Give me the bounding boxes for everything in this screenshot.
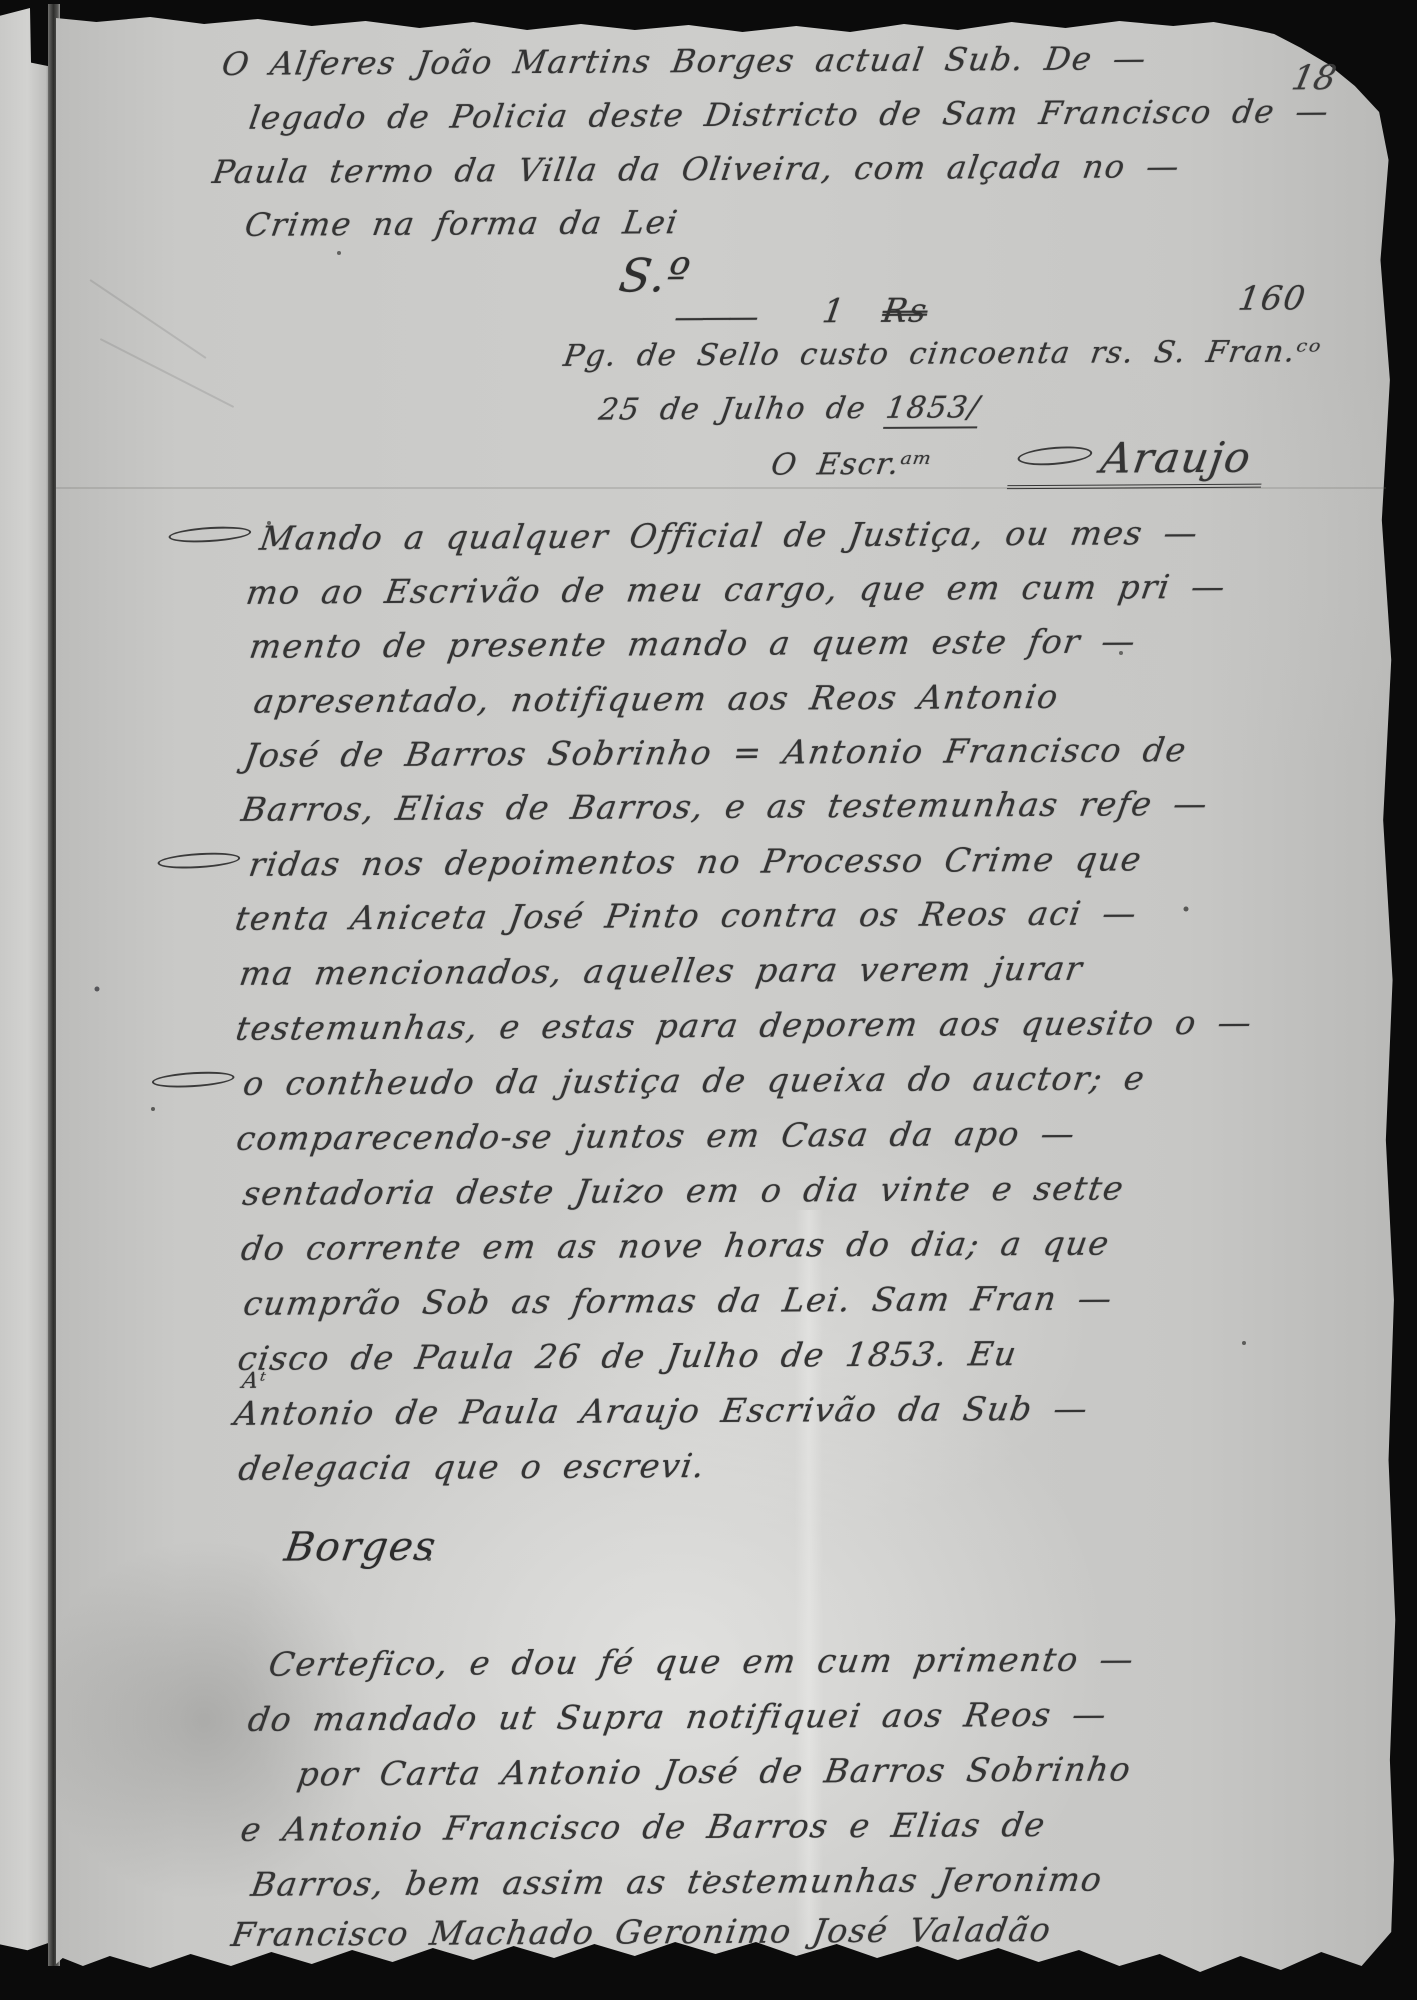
manuscript-line: Antonio de Paula Araujo Escrivão da Sub … (232, 1389, 1092, 1433)
manuscript-line: cumprão Sob as formas da Lei. Sam Fran — (241, 1279, 1116, 1323)
manuscript-line: ridas nos depoimentos no Processo Crime … (154, 839, 1145, 884)
manuscript-line: Francisco Machado Geronimo José Valadão (229, 1910, 1055, 1954)
manuscript-line: O Alferes João Martins Borges actual Sub… (219, 39, 1149, 83)
manuscript-line: sentadoria deste Juizo em o dia vinte e … (240, 1168, 1127, 1212)
stamp-dash: ——— (672, 300, 758, 336)
handwriting-layer: 18 O Alferes João Martins Borges actual … (0, 0, 1417, 2000)
stamp-fee-currency: Rs (880, 291, 931, 330)
interline-insertion: Aᵗ (240, 1369, 268, 1394)
stamp-section-mark: S.º (616, 248, 695, 302)
manuscript-line: delegacia que o escrevi. (236, 1446, 708, 1488)
manuscript-line: Barros, Elias de Barros, e as testemunha… (239, 784, 1211, 829)
manuscript-line: Barros, bem assim as testemunhas Jeronim… (249, 1860, 1106, 1904)
manuscript-line: cisco de Paula 26 de Julho de 1853. Eu (235, 1334, 1020, 1378)
manuscript-line: tenta Aniceta José Pinto contra os Reos … (233, 893, 1141, 938)
manuscript-line: comparecendo-se juntos em Casa da apo — (234, 1114, 1079, 1158)
ink-specks (0, 0, 2, 2)
manuscript-line: por Carta Antonio José de Barros Sobrinh… (295, 1749, 1134, 1793)
manuscript-line: Crime na forma da Lei (242, 203, 681, 244)
manuscript-line: ma mencionados, aquelles para verem jura… (237, 949, 1086, 993)
manuscript-line: José de Barros Sobrinho = Antonio Franci… (242, 730, 1190, 775)
stamp-date-year: 1853/ (883, 390, 983, 429)
manuscript-line: apresentado, notifiquem aos Reos Antonio (251, 677, 1062, 721)
manuscript-line: legado de Policia deste Districto de Sam… (247, 92, 1332, 137)
manuscript-line: mento de presente mando a quem este for … (247, 621, 1139, 665)
manuscript-line: Paula termo da Villa da Oliveira, com al… (210, 147, 1183, 191)
manuscript-line: testemunhas, e estas para deporem aos qu… (233, 1003, 1255, 1048)
scanned-manuscript-page: 18 O Alferes João Martins Borges actual … (0, 0, 1417, 2000)
stamp-date-line: 25 de Julho de 1853/ (597, 390, 983, 427)
signature-borges: Borges (281, 1524, 439, 1571)
scribe-label: O Escr.ᵃᵐ (769, 447, 935, 483)
stamp-date-prefix: 25 de Julho de (597, 391, 889, 428)
manuscript-line: e Antonio Francisco de Barros e Elias de (238, 1805, 1049, 1849)
scribe-signature: Araujo (1007, 433, 1269, 490)
manuscript-line: Mando a qualquer Official de Justiça, ou… (165, 513, 1201, 558)
manuscript-line: do corrente em as nove horas do dia; a q… (239, 1224, 1113, 1268)
manuscript-line: mo ao Escrivão de meu cargo, que em cum … (244, 567, 1229, 612)
manuscript-line: Certefico, e dou fé que em cum primento … (266, 1639, 1137, 1683)
manuscript-line: do mandado ut Supra notifiquei aos Reos … (246, 1695, 1111, 1739)
stamp-sello-line: Pg. de Sello custo cincoenta rs. S. Fran… (561, 334, 1324, 374)
manuscript-line: o contheudo da justiça de queixa do auct… (149, 1058, 1149, 1103)
stamp-fee-amount: 160 (1236, 278, 1309, 317)
stamp-fee-number: 1 (820, 291, 848, 330)
